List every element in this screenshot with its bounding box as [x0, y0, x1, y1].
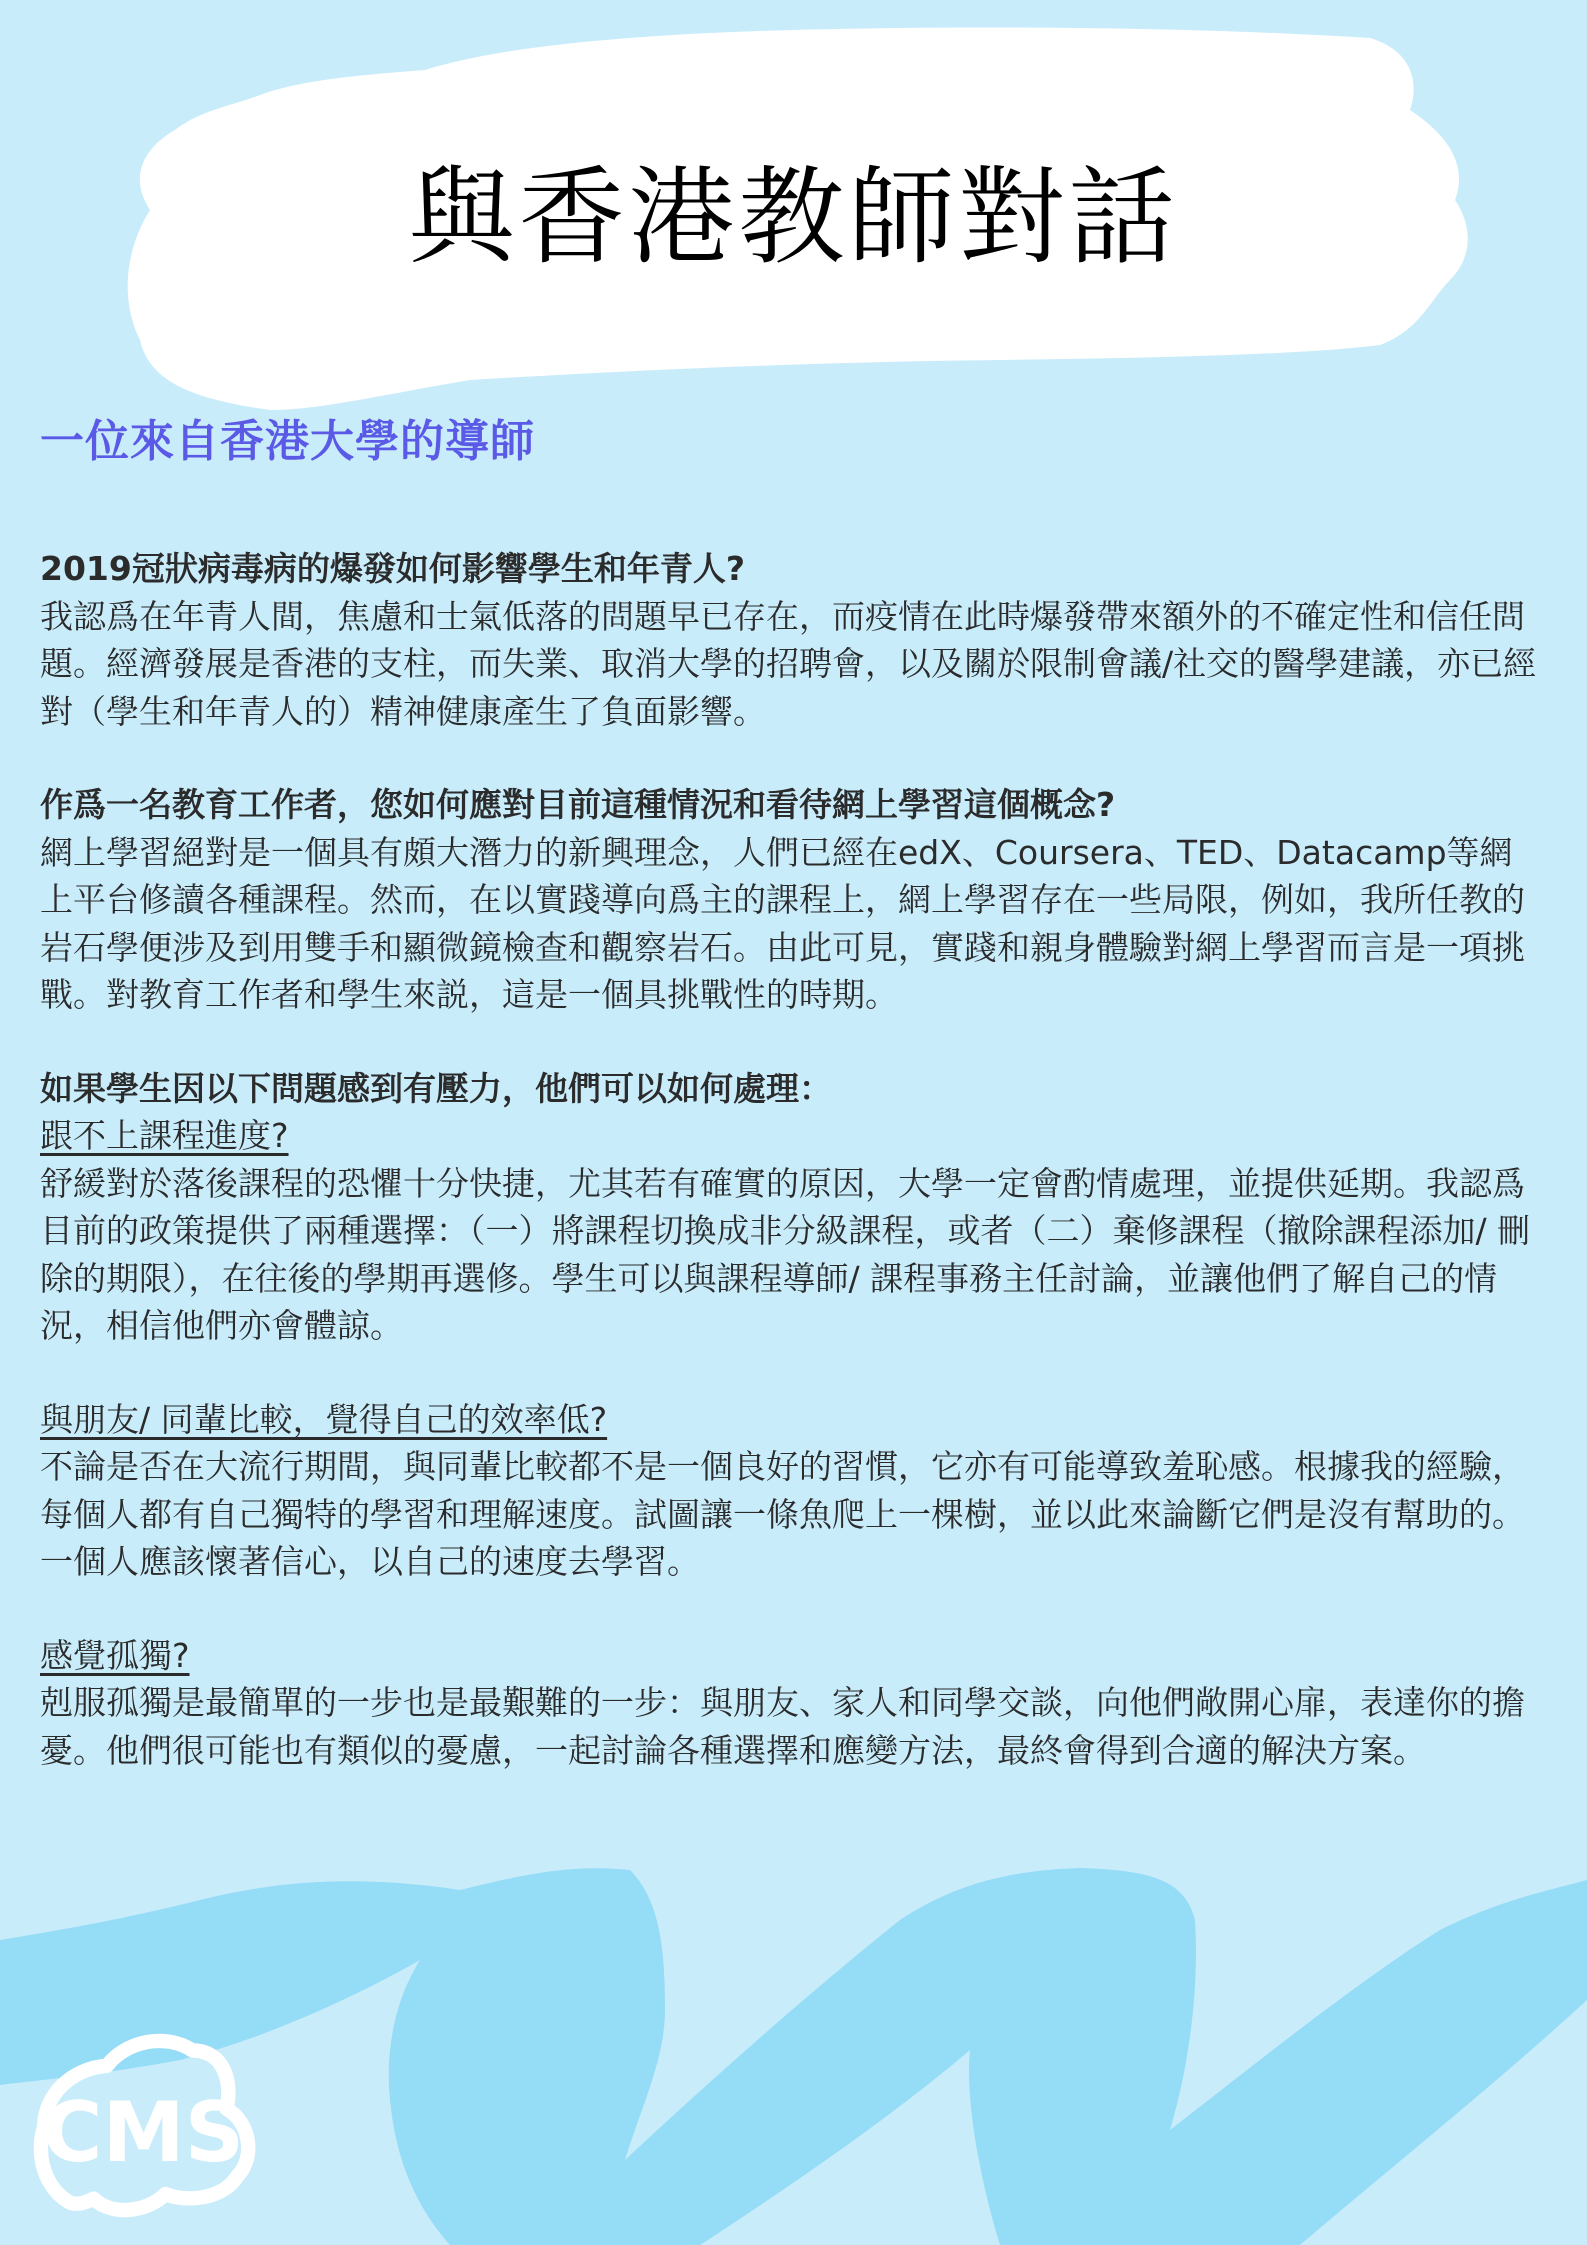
sub-topic-heading: 與朋友/ 同輩比較，覺得自己的效率低?: [40, 1396, 1540, 1444]
sub-topic-heading: 感覺孤獨?: [40, 1632, 1540, 1680]
qa-section-2: 作爲一名教育工作者，您如何應對目前這種情況和看待網上學習這個概念? 網上學習絕對…: [40, 781, 1540, 1019]
logo-text: CMS: [42, 2085, 244, 2181]
page-title: 與香港教師對話: [0, 148, 1587, 288]
cloud-logo-icon: CMS: [8, 2010, 278, 2230]
sub-topic-loneliness: 感覺孤獨? 剋服孤獨是最簡單的一步也是最艱難的一步：與朋友、家人和同學交談，向他…: [40, 1632, 1540, 1775]
sub-topic-heading: 跟不上課程進度?: [40, 1112, 1540, 1160]
question-heading: 作爲一名教育工作者，您如何應對目前這種情況和看待網上學習這個概念?: [40, 781, 1540, 829]
sub-topic-body: 不論是否在大流行期間，與同輩比較都不是一個良好的習慣，它亦有可能導致羞恥感。根據…: [40, 1443, 1540, 1586]
page-subtitle: 一位來自香港大學的導師: [40, 412, 535, 472]
qa-section-1: 2019冠狀病毒病的爆發如何影響學生和年青人? 我認爲在年青人間，焦慮和士氣低落…: [40, 545, 1540, 735]
sub-topic-falling-behind: 跟不上課程進度? 舒緩對於落後課程的恐懼十分快捷，尤其若有確實的原因，大學一定會…: [40, 1112, 1540, 1350]
question-heading: 2019冠狀病毒病的爆發如何影響學生和年青人?: [40, 545, 1540, 593]
qa-section-3: 如果學生因以下問題感到有壓力，他們可以如何處理： 跟不上課程進度? 舒緩對於落後…: [40, 1065, 1540, 1775]
sub-topic-body: 剋服孤獨是最簡單的一步也是最艱難的一步：與朋友、家人和同學交談，向他們敞開心扉，…: [40, 1679, 1540, 1774]
interview-content: 2019冠狀病毒病的爆發如何影響學生和年青人? 我認爲在年青人間，焦慮和士氣低落…: [40, 545, 1540, 1820]
question-heading: 如果學生因以下問題感到有壓力，他們可以如何處理：: [40, 1065, 1540, 1113]
sub-topic-peer-comparison: 與朋友/ 同輩比較，覺得自己的效率低? 不論是否在大流行期間，與同輩比較都不是一…: [40, 1396, 1540, 1586]
answer-text: 我認爲在年青人間，焦慮和士氣低落的問題早已存在，而疫情在此時爆發帶來額外的不確定…: [40, 593, 1540, 736]
answer-text: 網上學習絕對是一個具有頗大潛力的新興理念，人們已經在edX、Coursera、T…: [40, 829, 1540, 1019]
sub-topic-body: 舒緩對於落後課程的恐懼十分快捷，尤其若有確實的原因，大學一定會酌情處理，並提供延…: [40, 1160, 1540, 1350]
